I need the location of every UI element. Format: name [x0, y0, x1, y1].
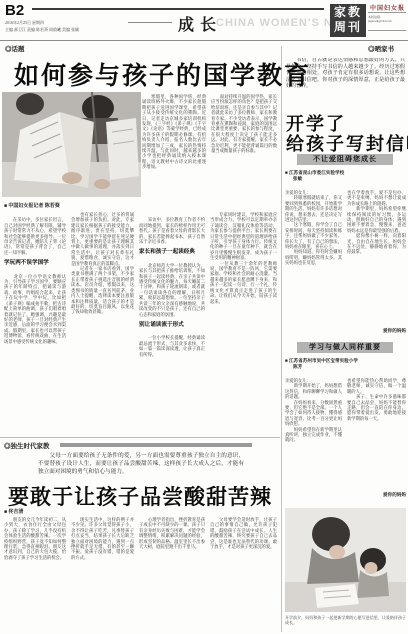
letter-1-signature: 爱你的妈妈 [347, 328, 406, 334]
letters-label: ◎晒家书 [368, 44, 394, 53]
letter-author-2: 陈芳 [285, 364, 405, 370]
main-byline: ■ 中国妇女报记者 陈若葵 [4, 202, 60, 209]
header-divider [0, 40, 408, 41]
header-rule [32, 8, 324, 10]
letter-1-column-2: 也在学着放手。爱不是包办，更不是束缚，妈妈不想让爱成为你成长路上的阻碍。 新学期… [347, 190, 406, 326]
newspaper-page: B2 2016年2月25日 星期四 主编 郝卫江 责编 陈若葵 周韵曦 美编 张… [0, 0, 408, 634]
letters-photo-caption: 开学前夕，妈妈和孩子一起把新学期的心愿写进信里，让爱陪伴孩子成长。 [285, 615, 406, 630]
children-reading-photo-art [2, 92, 141, 197]
letter-author-1: 张敏 [285, 176, 405, 182]
article-subhead-1: 学玩两不误学国学 [4, 258, 66, 266]
logo-line-2: 周刊 [330, 20, 366, 35]
article-column-4: 专家同时建议，学校和家庭应当形成合力。学校可以定期举办亲子诵读会、汉服礼仪体验等… [210, 212, 277, 434]
article-column-1-post: 北京一位小学语文教师认为，引导孩子学习国学，要顺应孩子的年龄特点，把诵读与游戏、… [4, 274, 66, 344]
article-subhead-3: 别让诵读流于形式 [139, 320, 205, 328]
article-column-3-pre: 采访中，多位教育工作者不约而同地提到，家长的榜样作用无可替代。孩子是看着父母的背… [139, 217, 205, 244]
article-column-a: 寒假里，各种国学班、经典诵读班格外火爆，不少家长趁假期把孩子送进国学课堂，希望孩… [142, 94, 206, 196]
feature-label-bar [60, 443, 252, 447]
paper-name: 中国妇女报 [370, 3, 405, 12]
feature-column-2: 现实生活中，这样的例子并不少见。许多父母觉得孩子小，舍不得让孩子吃苦，凡事替孩子… [71, 517, 134, 628]
article-column-b: 面对持续升温的国学热，家长应当扮演怎样的角色？是把孩子交给培训班，还是亲自参与其… [211, 94, 277, 196]
letter-2-column-2: 也希望你能热心帮助同学，尊敬老师，诚实守信，做一个温暖的人。 孩子，生命中许多滋… [347, 378, 406, 490]
letters-headline-line2: 给孩子写封信吧 [286, 130, 408, 156]
article-column-3: 采访中，多位教育工作者不约而同地提到，家长的榜样作用无可替代。孩子是看着父母的背… [139, 212, 205, 434]
article-column-1-pre: 在采访中，多位家长坦言，自己对国学经典了解有限，辅导孩子时常常力不从心，希望学校… [4, 217, 66, 254]
article-column-1: 在采访中，多位家长坦言，自己对国学经典了解有限，辅导孩子时常常力不从心，希望学校… [4, 212, 66, 434]
letter-2-column-1: 亲爱的女儿： 新学期开始了，妈妈想借这封信，和你聊聊学习和做人的话题。 在妈妈看… [285, 378, 342, 490]
letters-intro: 书信，自古就是表达情感和思想最好的方式。只是如今，坚持手写书信的人越来越少了。经… [286, 58, 405, 108]
letter-section-bar-2: 学习与做人同样重要 [297, 342, 393, 353]
mailbox-line: 本版信箱：jiajiaozk@163.com [368, 15, 406, 23]
logo-line-1: 家教 [330, 5, 366, 20]
letter-2-signature: 爱你的妈妈 [347, 492, 406, 498]
topic-label: ◎话题 [5, 44, 25, 53]
feature-headline: 要敢于让孩子品尝酸甜苦辣 [0, 481, 280, 511]
title-dash [128, 22, 172, 23]
article-column-3-mid: 北京师范大学一位教授认为，家长与其把孩子推给培训班，不如和孩子一起读经典，在亲子… [139, 263, 205, 317]
masthead-rule-top [368, 12, 406, 13]
feature-column-4: 父母要学会适时放手，让孩子自己的事情自己做，允许孩子犯错，鼓励孩子在尝试中成长。… [210, 517, 277, 628]
main-headline: 如何参与孩子的国学教育 [14, 56, 311, 92]
jiajiao-weekly-logo: 家教 周刊 [330, 4, 366, 37]
letter-school-2: ■ 江苏省苏州市吴中区宝带实验小学 陈芳 [285, 358, 405, 370]
article-column-3-post: 一位小学校长提醒，经典诵读最忌流于形式，与其贪多求快，不如一篇一篇读深读透，让孩… [139, 335, 205, 356]
article-subhead-2: 家长和孩子一起读经典 [139, 247, 205, 255]
mother-child-photo-art [285, 508, 406, 612]
page-number: B2 [5, 2, 24, 19]
feature-intro: 父母一方面要给孩子无条件的爱，另一方面也需要尊重孩子独立自主的意识，不要替孩子设… [38, 452, 244, 479]
mother-child-photo [285, 508, 406, 612]
article-divider [0, 437, 280, 438]
masthead-rule-bottom [368, 30, 406, 31]
feature-label: ◎独生时代家教 [4, 441, 50, 450]
letter-section-bar-1: 不让爱阻碍您成长 [297, 154, 393, 165]
date-line: 2016年2月25日 星期四 [5, 20, 44, 25]
panel-divider [281, 46, 282, 632]
feature-column-3: 心理学者指出，挫折教育是孩子成长中不可缺少的一课。孩子只有亲身经历失败与困难，才… [139, 517, 205, 628]
credits-line: 主编 郝卫江 责编 陈若葵 周韵曦 美编 张颖 [5, 27, 79, 32]
feature-byline: ■ 佟吉清 [4, 508, 23, 515]
letter-school-1: ■ 江苏省昆山市娄江实验学校 张敏 [285, 170, 405, 182]
article-column-2: 也有家长担心，过多的背诵会增加孩子的负担。对此，专家建议家长根据孩子的接受能力，… [71, 212, 134, 434]
letter-1-column-1: 亲爱的女儿： 转眼寒假就结束了，你又要回到熟悉的校园，开始新学期的生活。妈妈有许… [285, 190, 342, 326]
children-reading-photo [2, 92, 141, 197]
feature-column-1: 朋友的女儿今年读初二，从小到大，衣食住行全由父母包办，孩子除了学习，几乎没有机会… [4, 517, 66, 628]
